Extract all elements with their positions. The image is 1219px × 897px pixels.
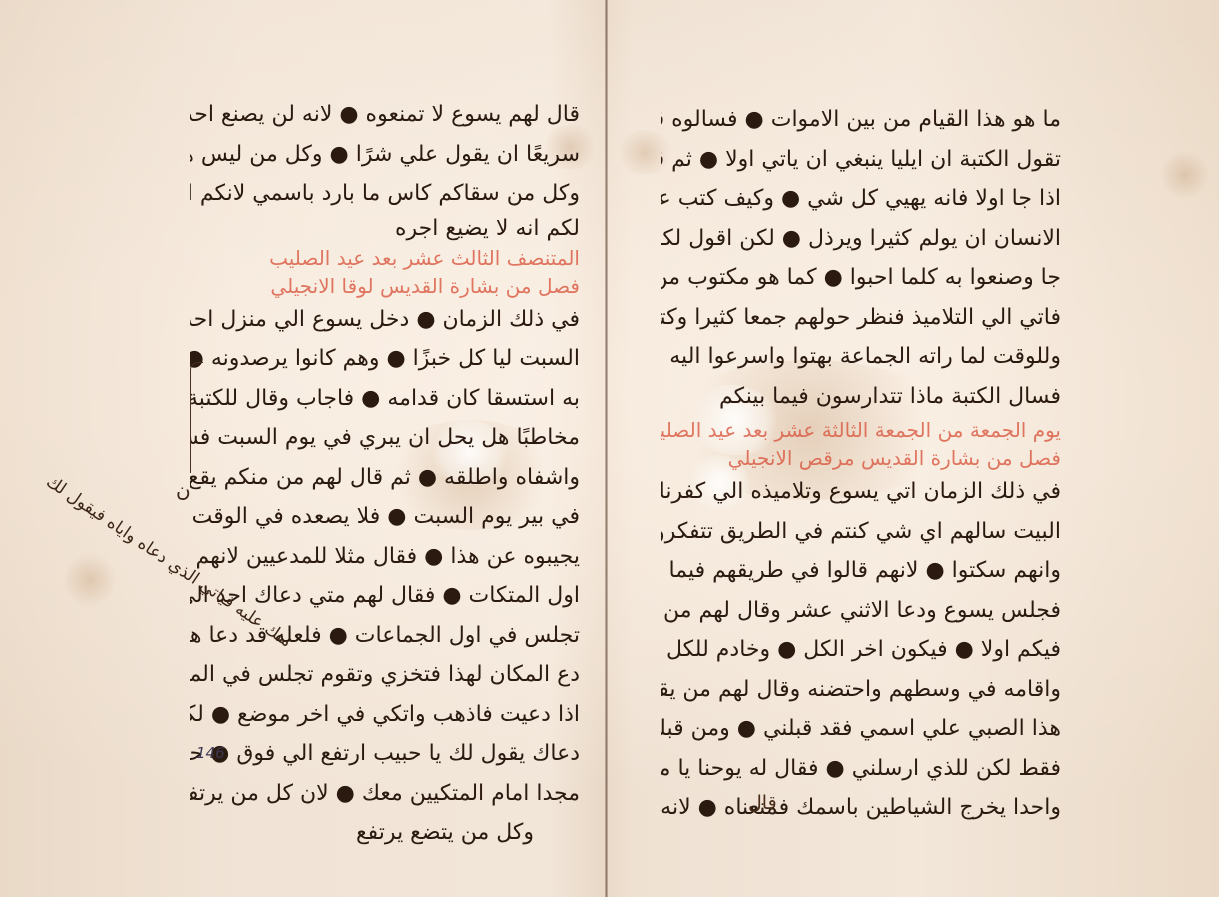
text-line: اذا دعيت فاذهب واتكي في اخر موضع ● لكي ا… [190,695,580,735]
text-line: تقول الكتبة ان ايليا ينبغي ان ياتي اولا … [661,140,1061,180]
text-line: مجدا امام المتكيين معك ● لان كل من يرتفع… [190,774,580,814]
text-line: به استسقا كان قدامه ● فاجاب وقال للكتبة … [190,379,580,419]
right-page: ما هو هذا القيام من بين الاموات ● فسالوه… [611,0,1219,897]
text-line: جا وصنعوا به كلما احبوا ● كما هو مكتوب م… [661,258,1061,298]
rubric-heading: المتنصف الثالث عشر بعد عيد الصليب [190,244,580,272]
text-line: السبت ليا كل خبزًا ● وهم كانوا يرصدونه ●… [190,339,580,379]
text-line: دع المكان لهذا فتخزي وتقوم تجلس في الموض… [190,655,580,695]
margin-letter: ن [176,478,191,502]
text-line: وكل من سقاكم كاس ما بارد باسمي لانكم انت… [190,174,580,214]
catchword: قال [748,792,777,814]
text-line: فيكم اولا ● فيكون اخر الكل ● وخادم للكل … [661,630,1061,670]
text-line: اذا جا اولا فانه يهيي كل شي ● وكيف كتب ع… [661,179,1061,219]
text-line: فاتي الي التلاميذ فنظر حولهم جمعا كثيرا … [661,298,1061,338]
left-page-text: قال لهم يسوع لا تمنعوه ● لانه لن يصنع اح… [190,95,580,853]
text-line: واقامه في وسطهم واحتضنه وقال لهم من يقبل… [661,670,1061,710]
left-page: قال لهم يسوع لا تمنعوه ● لانه لن يصنع اح… [0,0,608,897]
text-line: وكل من يتضع يرتفع [190,813,580,853]
rubric-heading: يوم الجمعة من الجمعة الثالثة عشر بعد عيد… [661,416,1061,444]
text-line: يجيبوه عن هذا ● فقال مثلا للمدعيين لانهم… [190,537,580,577]
text-line: لكم انه لا يضيع اجره [190,214,580,244]
text-line: في بير يوم السبت ● فلا يصعده في الوقت فل… [190,497,580,537]
text-line: مخاطبًا هل يحل ان يبري في يوم السبت فسكت… [190,418,580,458]
text-line: دعاك يقول لك يا حبيب ارتفع الي فوق ● حين… [190,734,580,774]
text-line: واحدا يخرج الشياطين باسمك فمنعناه ● لانه… [661,788,1061,828]
text-line: في ذلك الزمان ● دخل يسوع الي منزل احد ال… [190,300,580,340]
text-line: وللوقت لما راته الجماعة بهتوا واسرعوا ال… [661,337,1061,377]
manuscript-spread: قال لهم يسوع لا تمنعوه ● لانه لن يصنع اح… [0,0,1219,897]
rubric-heading: فصل من بشارة القديس لوقا الانجيلي [190,272,580,300]
text-line: واشفاه واطلقه ● ثم قال لهم من منكم يقع ا… [190,458,580,498]
rubric-heading: فصل من بشارة القديس مرقص الانجيلي [661,444,1061,472]
right-page-text: ما هو هذا القيام من بين الاموات ● فسالوه… [661,100,1061,828]
margin-bracket [190,362,203,473]
text-line: قال لهم يسوع لا تمنعوه ● لانه لن يصنع اح… [190,95,580,135]
text-line: البيت سالهم اي شي كنتم في الطريق تتفكرون… [661,512,1061,552]
folio-number: 146 [196,744,225,762]
text-line: فجلس يسوع ودعا الاثني عشر وقال لهم من ار… [661,591,1061,631]
text-line: سريعًا ان يقول علي شرًا ● وكل من ليس هو … [190,135,580,175]
text-line: الانسان ان يولم كثيرا ويرذل ● لكن اقول ل… [661,219,1061,259]
text-line: ما هو هذا القيام من بين الاموات ● فسالوه… [661,100,1061,140]
text-line: هذا الصبي علي اسمي فقد قبلني ● ومن قبلني… [661,709,1061,749]
text-line: فقط لكن للذي ارسلني ● فقال له يوحنا يا م… [661,749,1061,789]
text-line: في ذلك الزمان اتي يسوع وتلاميذه الي كفرن… [661,472,1061,512]
text-line: فسال الكتبة ماذا تتدارسون فيما بينكم [661,377,1061,417]
text-line: وانهم سكتوا ● لانهم قالوا في طريقهم فيما… [661,551,1061,591]
